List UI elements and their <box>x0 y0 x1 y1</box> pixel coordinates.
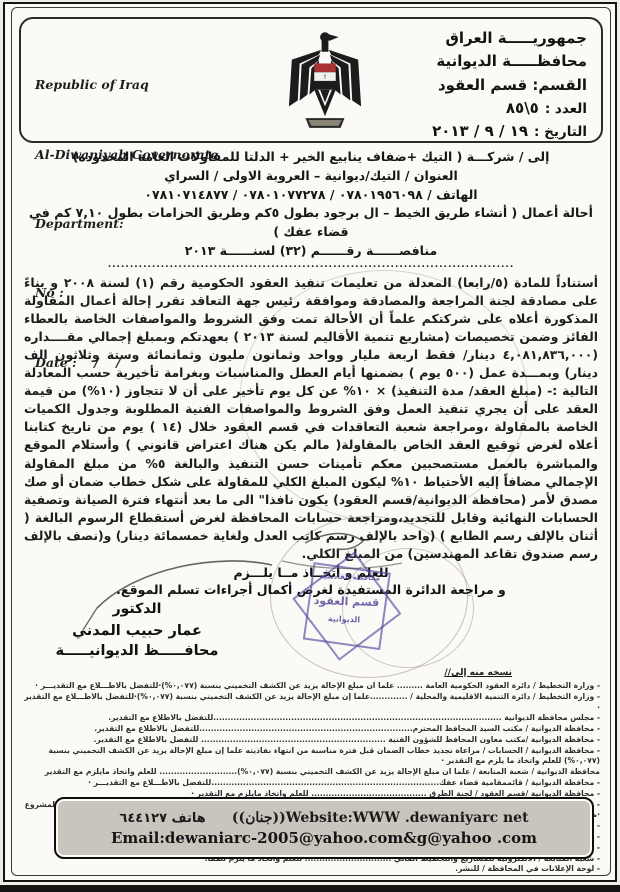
signatory-role: محافـــــظ الديوانيـــــة <box>12 643 262 659</box>
distribution-item: - محافظة الديوانية / مكتب السيد المحافظ … <box>20 724 600 735</box>
distribution-item: - محافظة الديوانية / قائممقامية قضاء عفك… <box>20 778 600 789</box>
date-label-ar: التاريخ : <box>534 122 587 143</box>
footer-email: Email:dewaniarc-2005@yahoo.com&g@yahoo .… <box>111 829 537 847</box>
addressee-address: العنوان / التيك/ديوانية – العروبة الاولى… <box>12 167 610 186</box>
svg-text:ٱ: ٱ <box>324 74 327 81</box>
date-value: ١٩ / ٩ / ٢٠١٣ <box>432 120 528 143</box>
distribution-item: - لوحة الإعلانات في المحافظة / للنشر. <box>20 864 600 875</box>
closing-line-2: و مراجعة الدائرة المستفيدة لغرض أكمال أج… <box>12 582 610 597</box>
letter-body: أستناداً للمادة (٥/رابعا) المعدلة من تعل… <box>24 274 598 564</box>
stamp-city-text: الديوانية <box>292 613 396 626</box>
distribution-item: - مجلس محافظة الديوانية ................… <box>20 713 600 724</box>
country-name-en: Republic of Iraq <box>35 73 218 96</box>
addressee-block: إلى / شركـــة ( التيك +ضفاف ينابيع الخير… <box>12 148 610 270</box>
signatory-name: عمار حبيب المدني <box>12 623 262 639</box>
country-name-ar: جمهوريـــــة العراق <box>432 27 587 50</box>
footer-phone: هاتف ٦٤٤١٢٧ <box>119 811 205 826</box>
addressee-company: إلى / شركـــة ( التيك +ضفاف ينابيع الخير… <box>12 148 610 167</box>
letterhead-english: Republic of Iraq Al-Diwaniyah Governorat… <box>35 27 218 137</box>
dotted-separator: ........................................… <box>12 261 610 270</box>
tender-number-line: منافصــــــة رقــــــم (٣٢) لسنــــــة ٢… <box>12 242 610 261</box>
distribution-item: - وزارة التخطيط / دائرة التنمية الاقليمي… <box>20 692 600 714</box>
number-value: ٥\٨٥ <box>506 97 539 120</box>
distribution-item: - محافظة الديوانية / الحسابات / مراعاة ت… <box>20 746 600 768</box>
distribution-item: - محافظة الديوانية /مكتب معاون المحافظ ل… <box>20 735 600 746</box>
number-label-ar: العدد : <box>545 99 587 120</box>
department-line-ar: القسم: قسم العقود <box>432 74 587 97</box>
letterhead: Republic of Iraq Al-Diwaniyah Governorat… <box>19 17 603 143</box>
iraq-eagle-emblem-icon: ٱ <box>282 27 368 137</box>
contact-footer: هاتف ٦٤٤١٢٧ ((جنان))Website:WWW .dewaniy… <box>54 797 594 859</box>
document-inner-frame: Republic of Iraq Al-Diwaniyah Governorat… <box>11 7 611 876</box>
addressee-phone: الهاتف / ٠٧٨٠١٩٥٦٠٩٨ / ٠٧٨٠١٠٧٧٢٧٨ / ٠٧٨… <box>12 186 610 205</box>
signatory-title: الدكتور <box>12 601 262 617</box>
distribution-item: - وزارة التخطيط / دائرة العقود الحكومية … <box>20 681 600 692</box>
footer-website: ((جنان))Website:WWW .dewaniyarc net <box>232 810 529 826</box>
distribution-item: محافظة الديوانية / شعبة المتابعة / علما … <box>20 767 600 778</box>
subject-line: أحالة أعمال ( أنشاء طريق الخيط – ال برجو… <box>12 204 610 242</box>
signature-block: الدكتور عمار حبيب المدني محافـــــظ الدي… <box>12 601 262 659</box>
contracts-department-stamp-icon: محافظة القادسية قسم العقود الديوانية <box>287 546 404 663</box>
letterhead-arabic: جمهوريـــــة العراق محافظـــــة الديواني… <box>432 27 587 137</box>
governorate-name-ar: محافظـــــة الديوانية <box>432 50 587 73</box>
distribution-heading: نسخه منه إلى// <box>20 667 512 680</box>
scan-bottom-edge <box>0 885 620 892</box>
document-page: Republic of Iraq Al-Diwaniyah Governorat… <box>3 2 617 882</box>
closing-line-1: للعلم و أتخــاذ مــا يلـــزم <box>12 565 610 580</box>
